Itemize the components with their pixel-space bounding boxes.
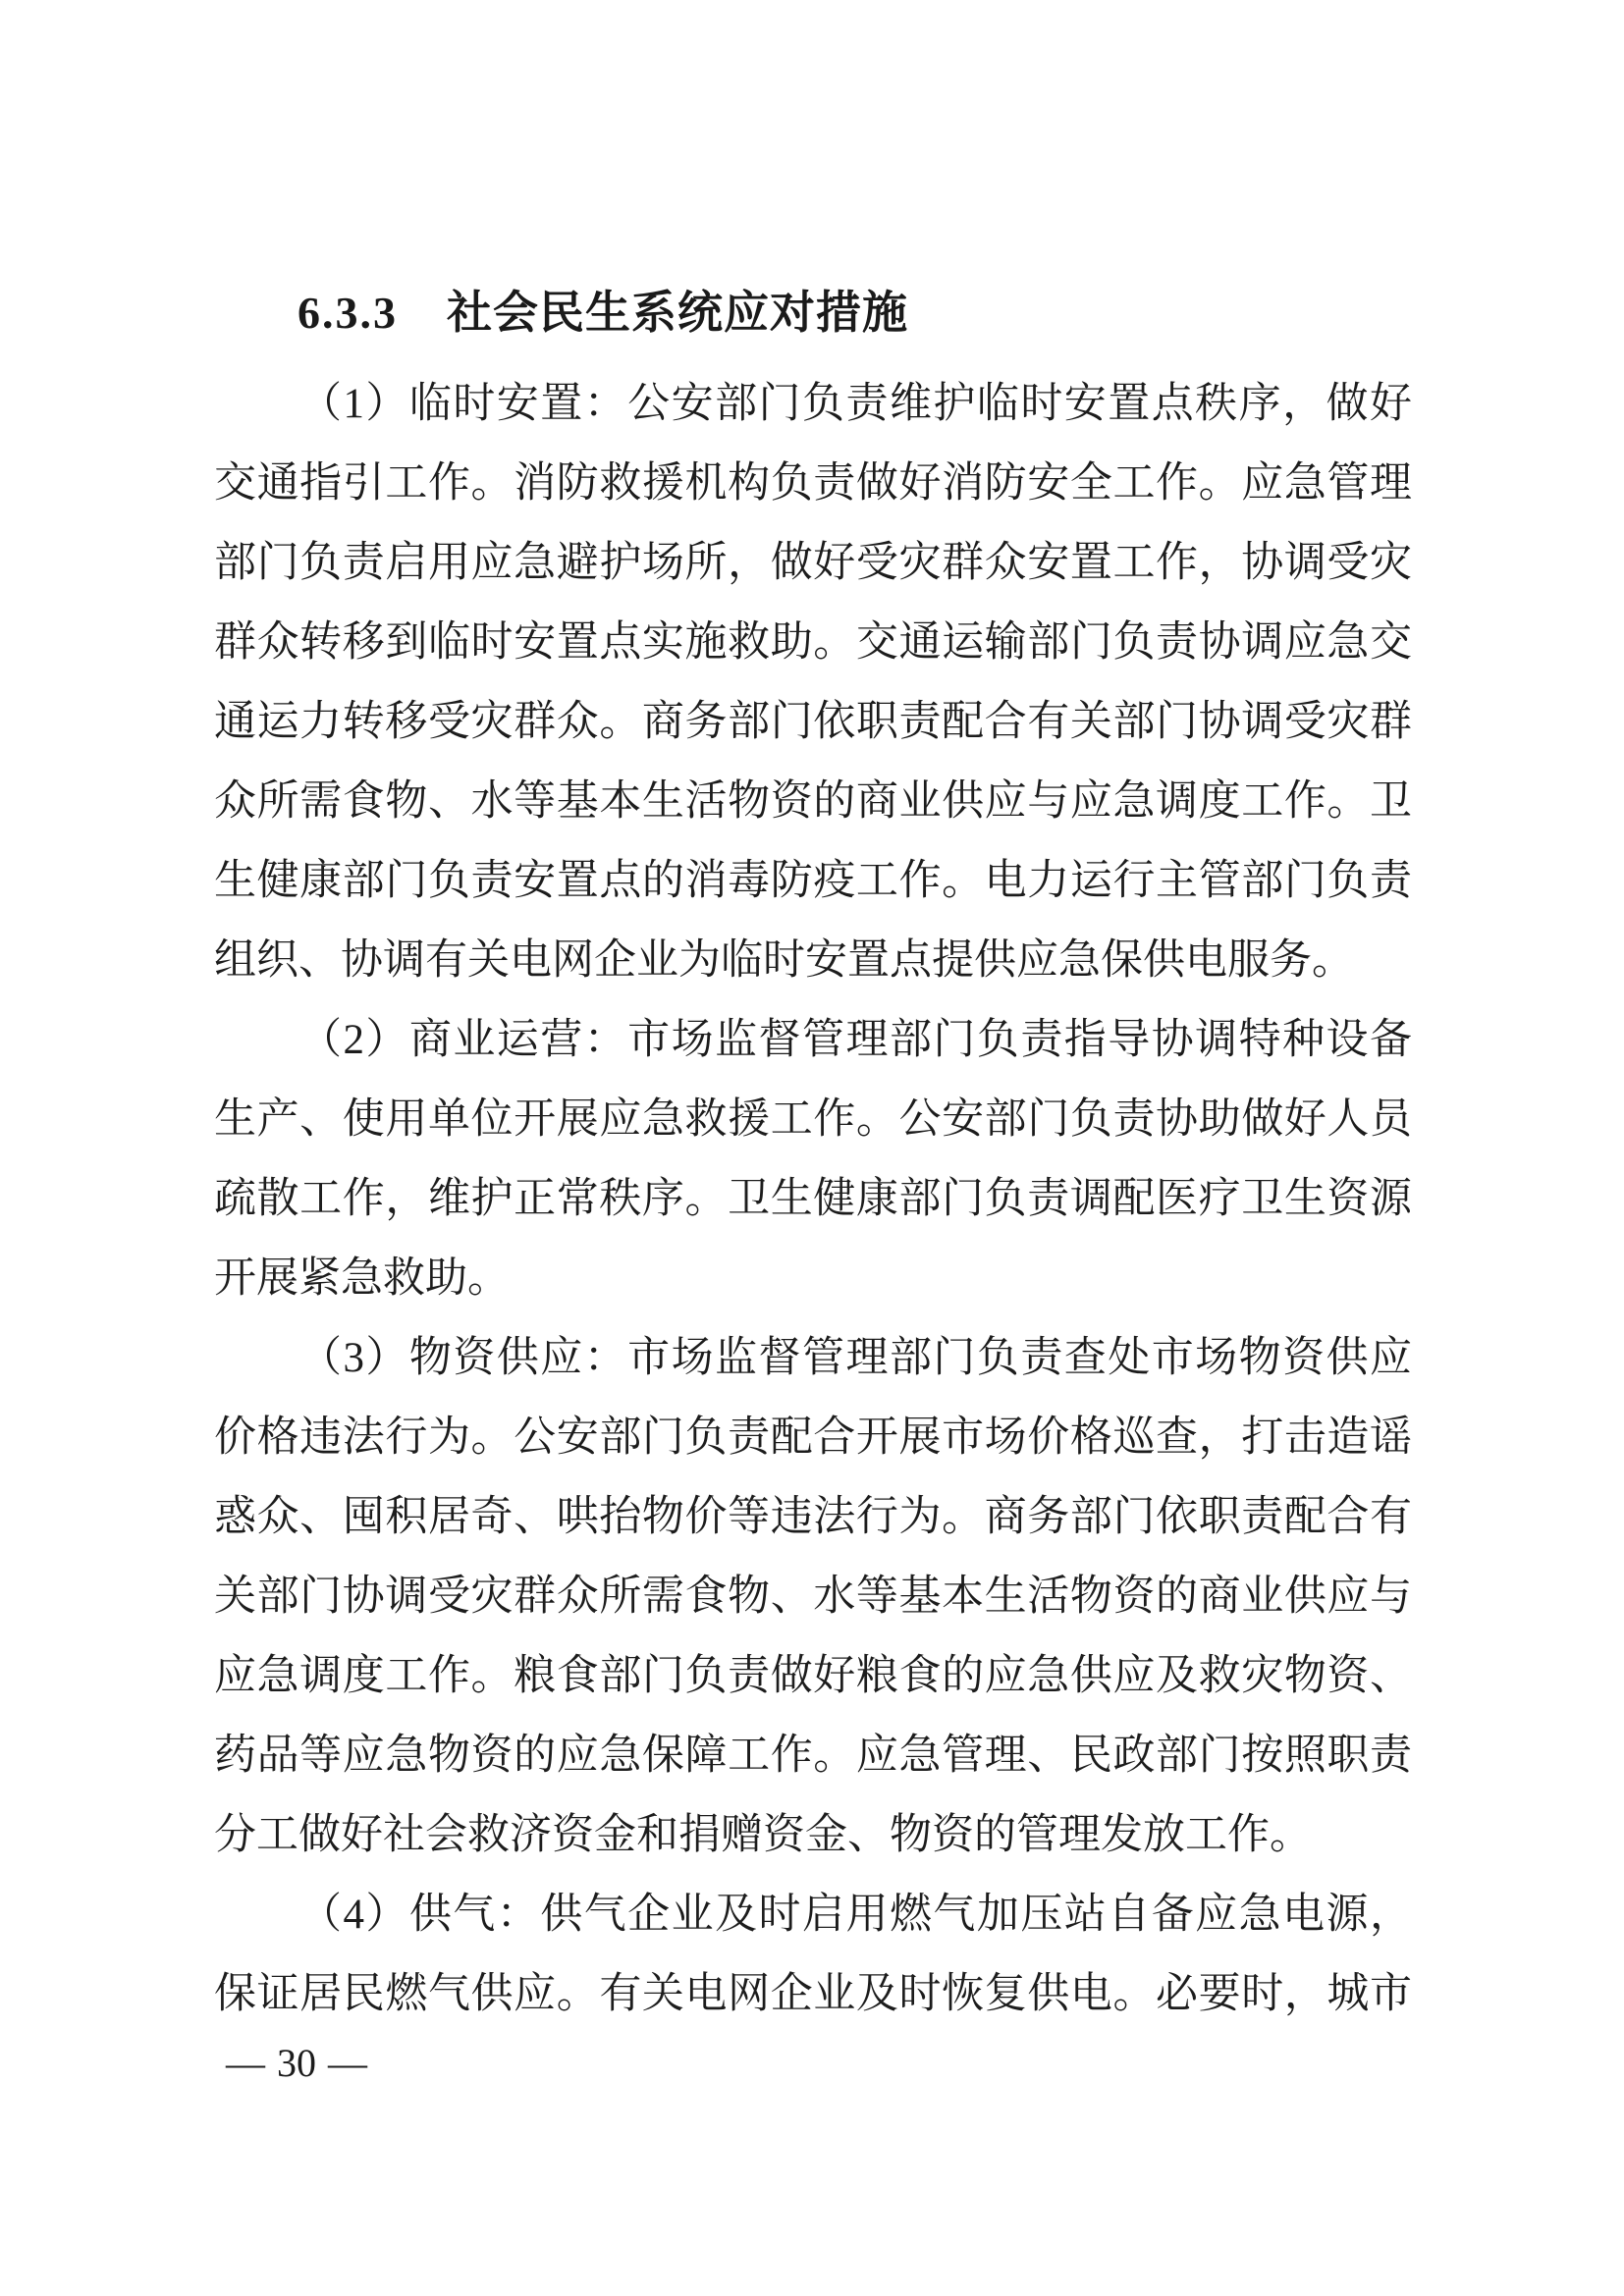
body-line: 通运力转移受灾群众。商务部门依职责配合有关部门协调受灾群	[214, 682, 1412, 762]
page-number: 30	[277, 2040, 316, 2087]
body-line: 生健康部门负责安置点的消毒防疫工作。电力运行主管部门负责	[214, 841, 1412, 921]
body-line: 组织、协调有关电网企业为临时安置点提供应急保供电服务。	[214, 921, 1412, 1000]
body-line: （4）供气：供气企业及时启用燃气加压站自备应急电源，	[214, 1875, 1412, 1954]
body-line: 药品等应急物资的应急保障工作。应急管理、民政部门按照职责	[214, 1716, 1412, 1795]
body-line: （2）商业运营：市场监督管理部门负责指导协调特种设备	[214, 1000, 1412, 1080]
page-footer: — 30 —	[226, 2040, 367, 2087]
body-line: 惑众、囤积居奇、哄抬物价等违法行为。商务部门依职责配合有	[214, 1477, 1412, 1557]
body-line: 交通指引工作。消防救援机构负责做好消防安全工作。应急管理	[214, 444, 1412, 523]
body-line: 疏散工作，维护正常秩序。卫生健康部门负责调配医疗卫生资源	[214, 1159, 1412, 1239]
body-line: 应急调度工作。粮食部门负责做好粮食的应急供应及救灾物资、	[214, 1636, 1412, 1716]
body-line: 生产、使用单位开展应急救援工作。公安部门负责协助做好人员	[214, 1080, 1412, 1159]
body-line: （3）物资供应：市场监督管理部门负责查处市场物资供应	[214, 1318, 1412, 1398]
body-line: 群众转移到临时安置点实施救助。交通运输部门负责协调应急交	[214, 603, 1412, 682]
section-number: 6.3.3	[298, 283, 398, 344]
body-line: 关部门协调受灾群众所需食物、水等基本生活物资的商业供应与	[214, 1557, 1412, 1636]
body-line: 众所需食物、水等基本生活物资的商业供应与应急调度工作。卫	[214, 762, 1412, 841]
section-heading: 6.3.3社会民生系统应对措施	[298, 283, 908, 344]
body-line: 开展紧急救助。	[214, 1239, 1412, 1318]
footer-dash-left: —	[226, 2040, 265, 2087]
section-title: 社会民生系统应对措施	[447, 288, 908, 338]
body-line: 价格违法行为。公安部门负责配合开展市场价格巡查，打击造谣	[214, 1398, 1412, 1477]
document-page: 6.3.3社会民生系统应对措施 （1）临时安置：公安部门负责维护临时安置点秩序，…	[0, 0, 1624, 2296]
body-line: 分工做好社会救济资金和捐赠资金、物资的管理发放工作。	[214, 1795, 1412, 1875]
body-line: 保证居民燃气供应。有关电网企业及时恢复供电。必要时，城市	[214, 1954, 1412, 2034]
body-line: （1）临时安置：公安部门负责维护临时安置点秩序，做好	[214, 364, 1412, 444]
footer-dash-right: —	[328, 2040, 367, 2087]
document-body: （1）临时安置：公安部门负责维护临时安置点秩序，做好交通指引工作。消防救援机构负…	[214, 364, 1412, 2034]
body-line: 部门负责启用应急避护场所，做好受灾群众安置工作，协调受灾	[214, 523, 1412, 603]
